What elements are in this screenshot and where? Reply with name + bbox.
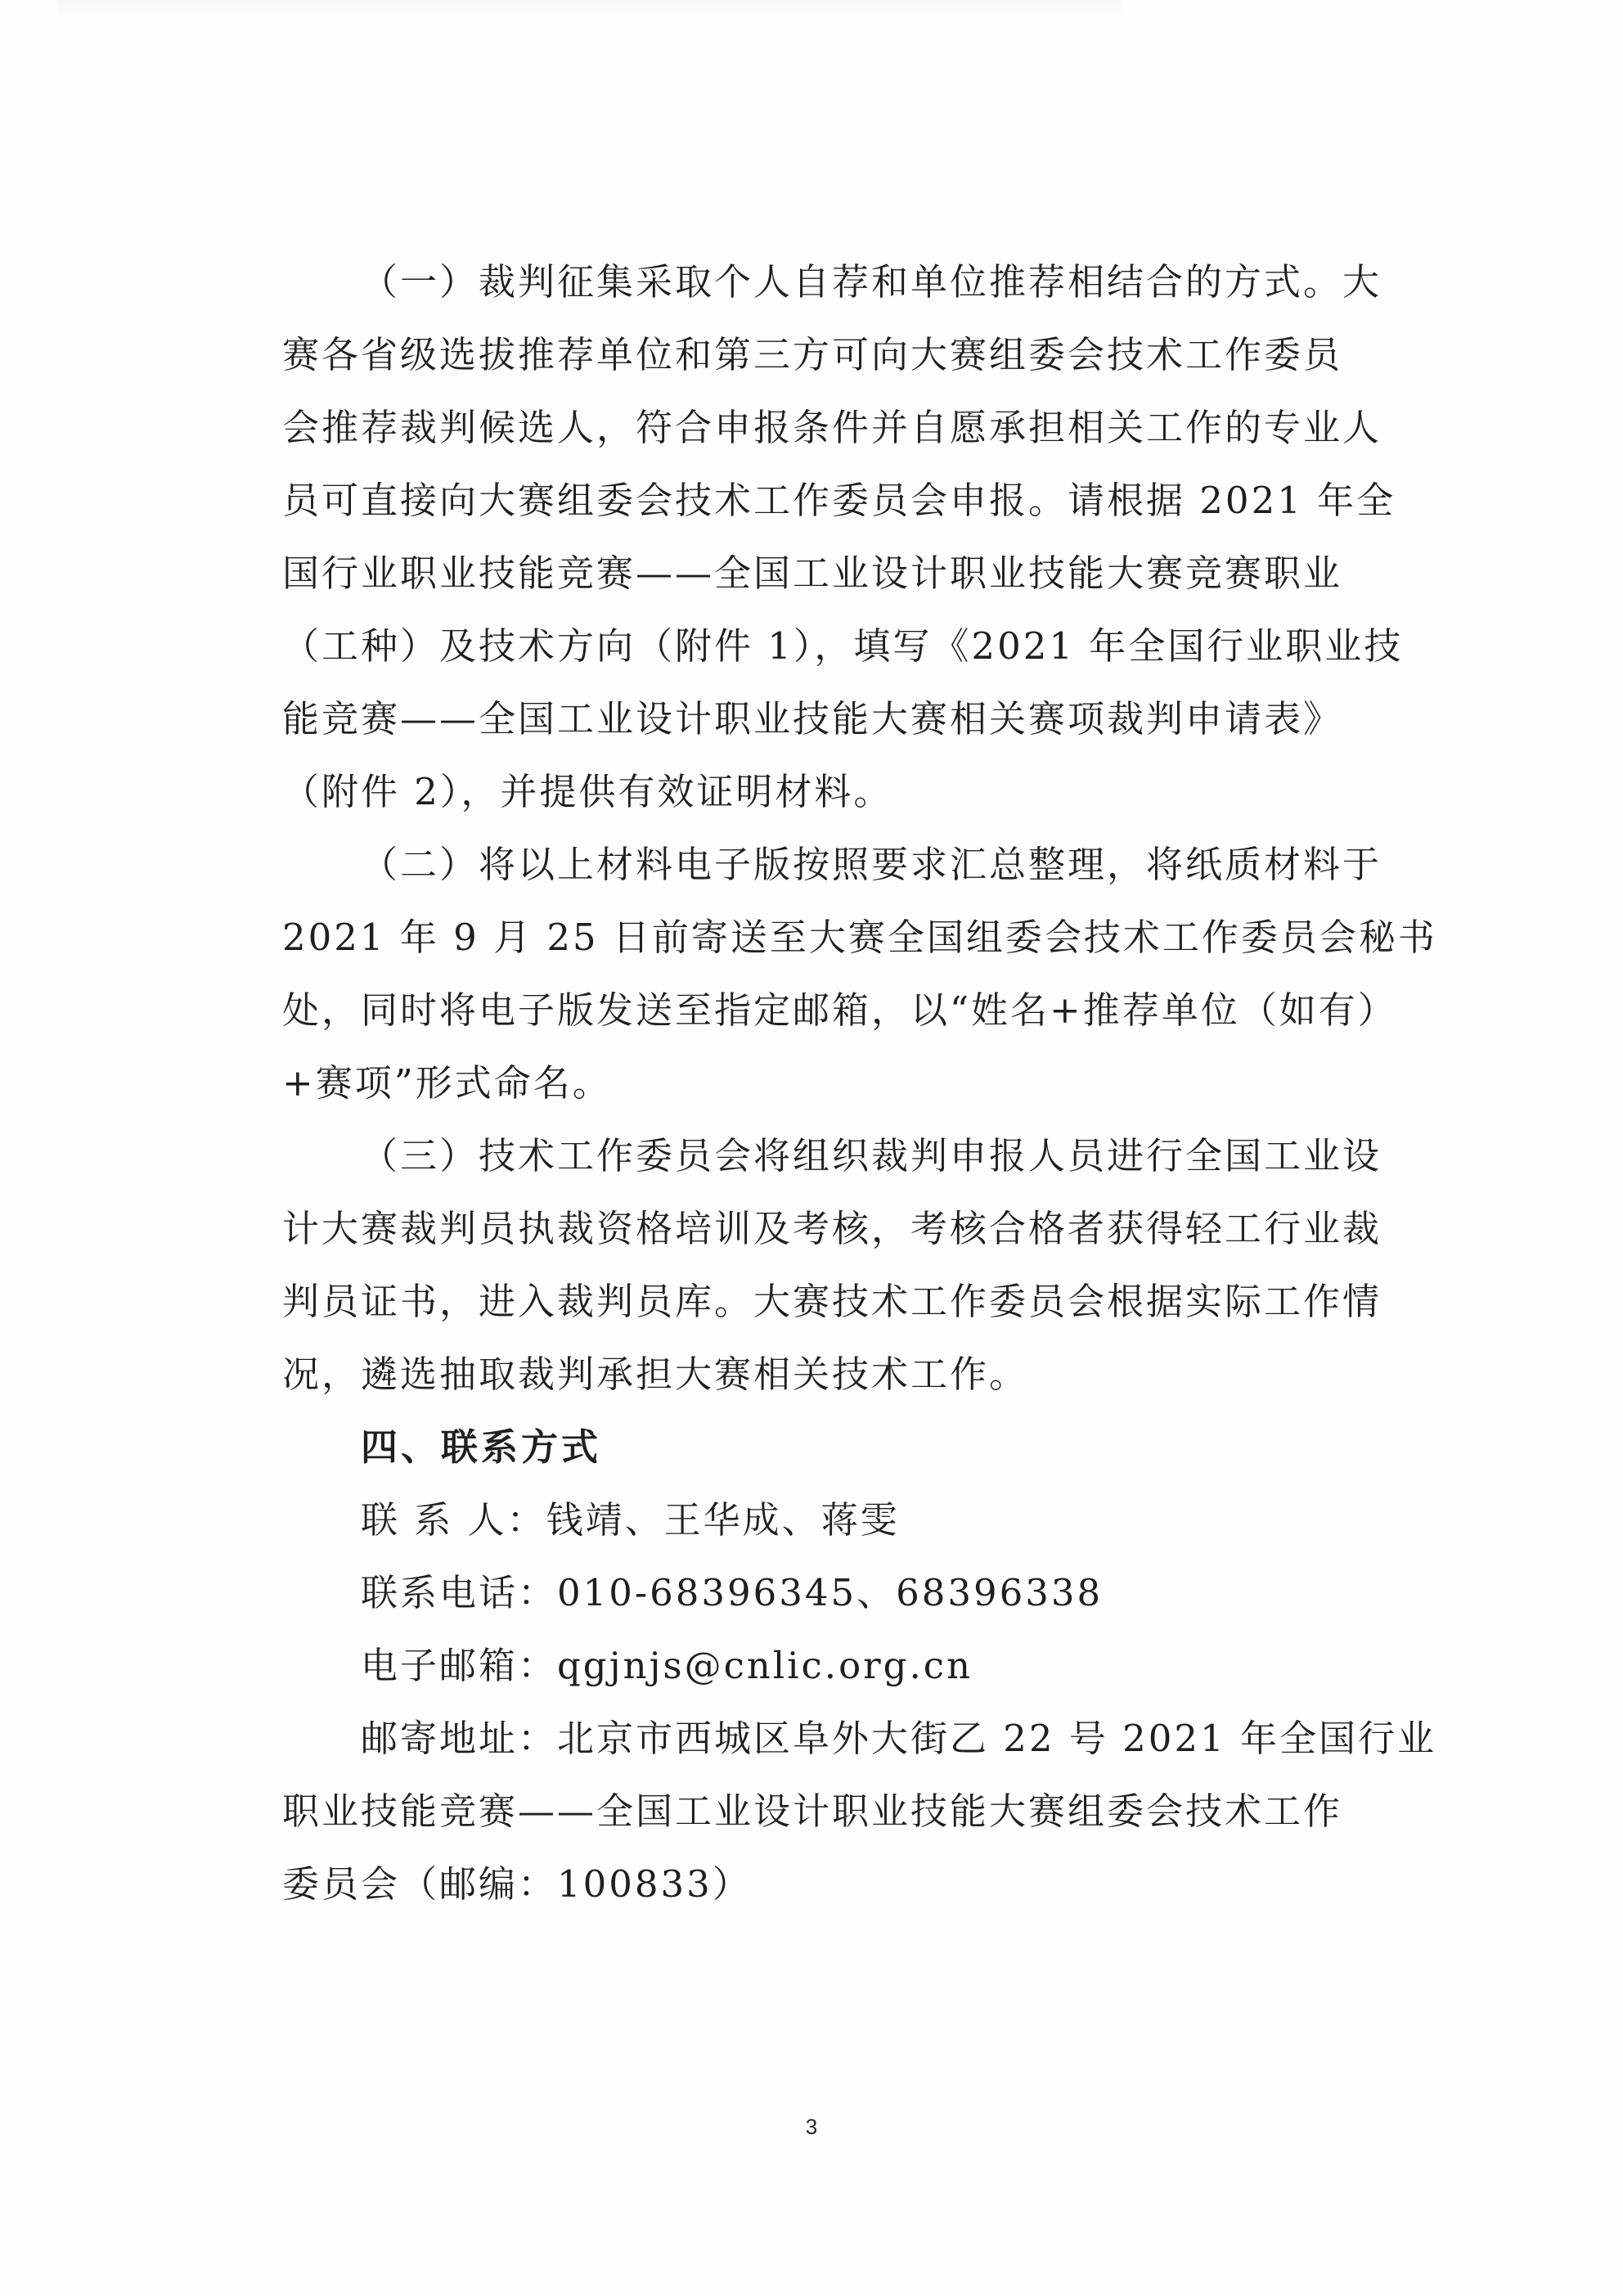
paragraph-line: 判员证书，进入裁判员库。大赛技术工作委员会根据实际工作情 [282, 1265, 1387, 1338]
paragraph-line: 能竞赛——全国工业设计职业技能大赛相关赛项裁判申请表》 [282, 682, 1387, 755]
contact-section: 四、联系方式 联 系 人：钱靖、王华成、蒋雯 联系电话：010-68396345… [282, 1411, 1387, 1920]
document-body: （一）裁判征集采取个人自荐和单位推荐相结合的方式。大 赛各省级选拔推荐单位和第三… [282, 245, 1387, 1920]
contact-heading: 四、联系方式 [282, 1411, 1387, 1483]
paragraph-line: 计大赛裁判员执裁资格培训及考核，考核合格者获得轻工行业裁 [282, 1192, 1387, 1265]
section-two-paragraph: （二）将以上材料电子版按照要求汇总整理，将纸质材料于 2021 年 9 月 25… [282, 828, 1387, 1119]
contact-phone: 联系电话：010-68396345、68396338 [282, 1556, 1387, 1629]
contact-email: 电子邮箱：qgjnjs@cnlic.org.cn [282, 1629, 1387, 1702]
contact-address-line: 委员会（邮编：100833） [282, 1848, 1387, 1920]
paragraph-line: （三）技术工作委员会将组织裁判申报人员进行全国工业设 [282, 1119, 1387, 1192]
document-page: （一）裁判征集采取个人自荐和单位推荐相结合的方式。大 赛各省级选拔推荐单位和第三… [0, 0, 1623, 2296]
contact-address-line: 邮寄地址：北京市西城区阜外大街乙 22 号 2021 年全国行业 [282, 1702, 1387, 1775]
paragraph-line: 会推荐裁判候选人，符合申报条件并自愿承担相关工作的专业人 [282, 391, 1387, 464]
paragraph-line: +赛项”形式命名。 [282, 1047, 1387, 1119]
paragraph-line: 赛各省级选拔推荐单位和第三方可向大赛组委会技术工作委员 [282, 318, 1387, 391]
page-number: 3 [0, 2114, 1623, 2140]
paragraph-line: 处，同时将电子版发送至指定邮箱，以“姓名+推荐单位（如有） [282, 974, 1387, 1047]
scan-artifact [57, 0, 1121, 16]
paragraph-line: （一）裁判征集采取个人自荐和单位推荐相结合的方式。大 [282, 245, 1387, 318]
paragraph-line: （二）将以上材料电子版按照要求汇总整理，将纸质材料于 [282, 828, 1387, 901]
paragraph-line: 况，遴选抽取裁判承担大赛相关技术工作。 [282, 1338, 1387, 1411]
paragraph-line: 员可直接向大赛组委会技术工作委员会申报。请根据 2021 年全 [282, 464, 1387, 537]
section-three-paragraph: （三）技术工作委员会将组织裁判申报人员进行全国工业设 计大赛裁判员执裁资格培训及… [282, 1119, 1387, 1411]
paragraph-line: 2021 年 9 月 25 日前寄送至大赛全国组委会技术工作委员会秘书 [282, 901, 1387, 974]
paragraph-line: （工种）及技术方向（附件 1），填写《2021 年全国行业职业技 [282, 610, 1387, 682]
paragraph-line: 国行业职业技能竞赛——全国工业设计职业技能大赛竞赛职业 [282, 537, 1387, 610]
contact-address-line: 职业技能竞赛——全国工业设计职业技能大赛组委会技术工作 [282, 1775, 1387, 1848]
paragraph-line: （附件 2），并提供有效证明材料。 [282, 755, 1387, 828]
contact-person: 联 系 人：钱靖、王华成、蒋雯 [282, 1483, 1387, 1556]
section-one-paragraph: （一）裁判征集采取个人自荐和单位推荐相结合的方式。大 赛各省级选拔推荐单位和第三… [282, 245, 1387, 828]
